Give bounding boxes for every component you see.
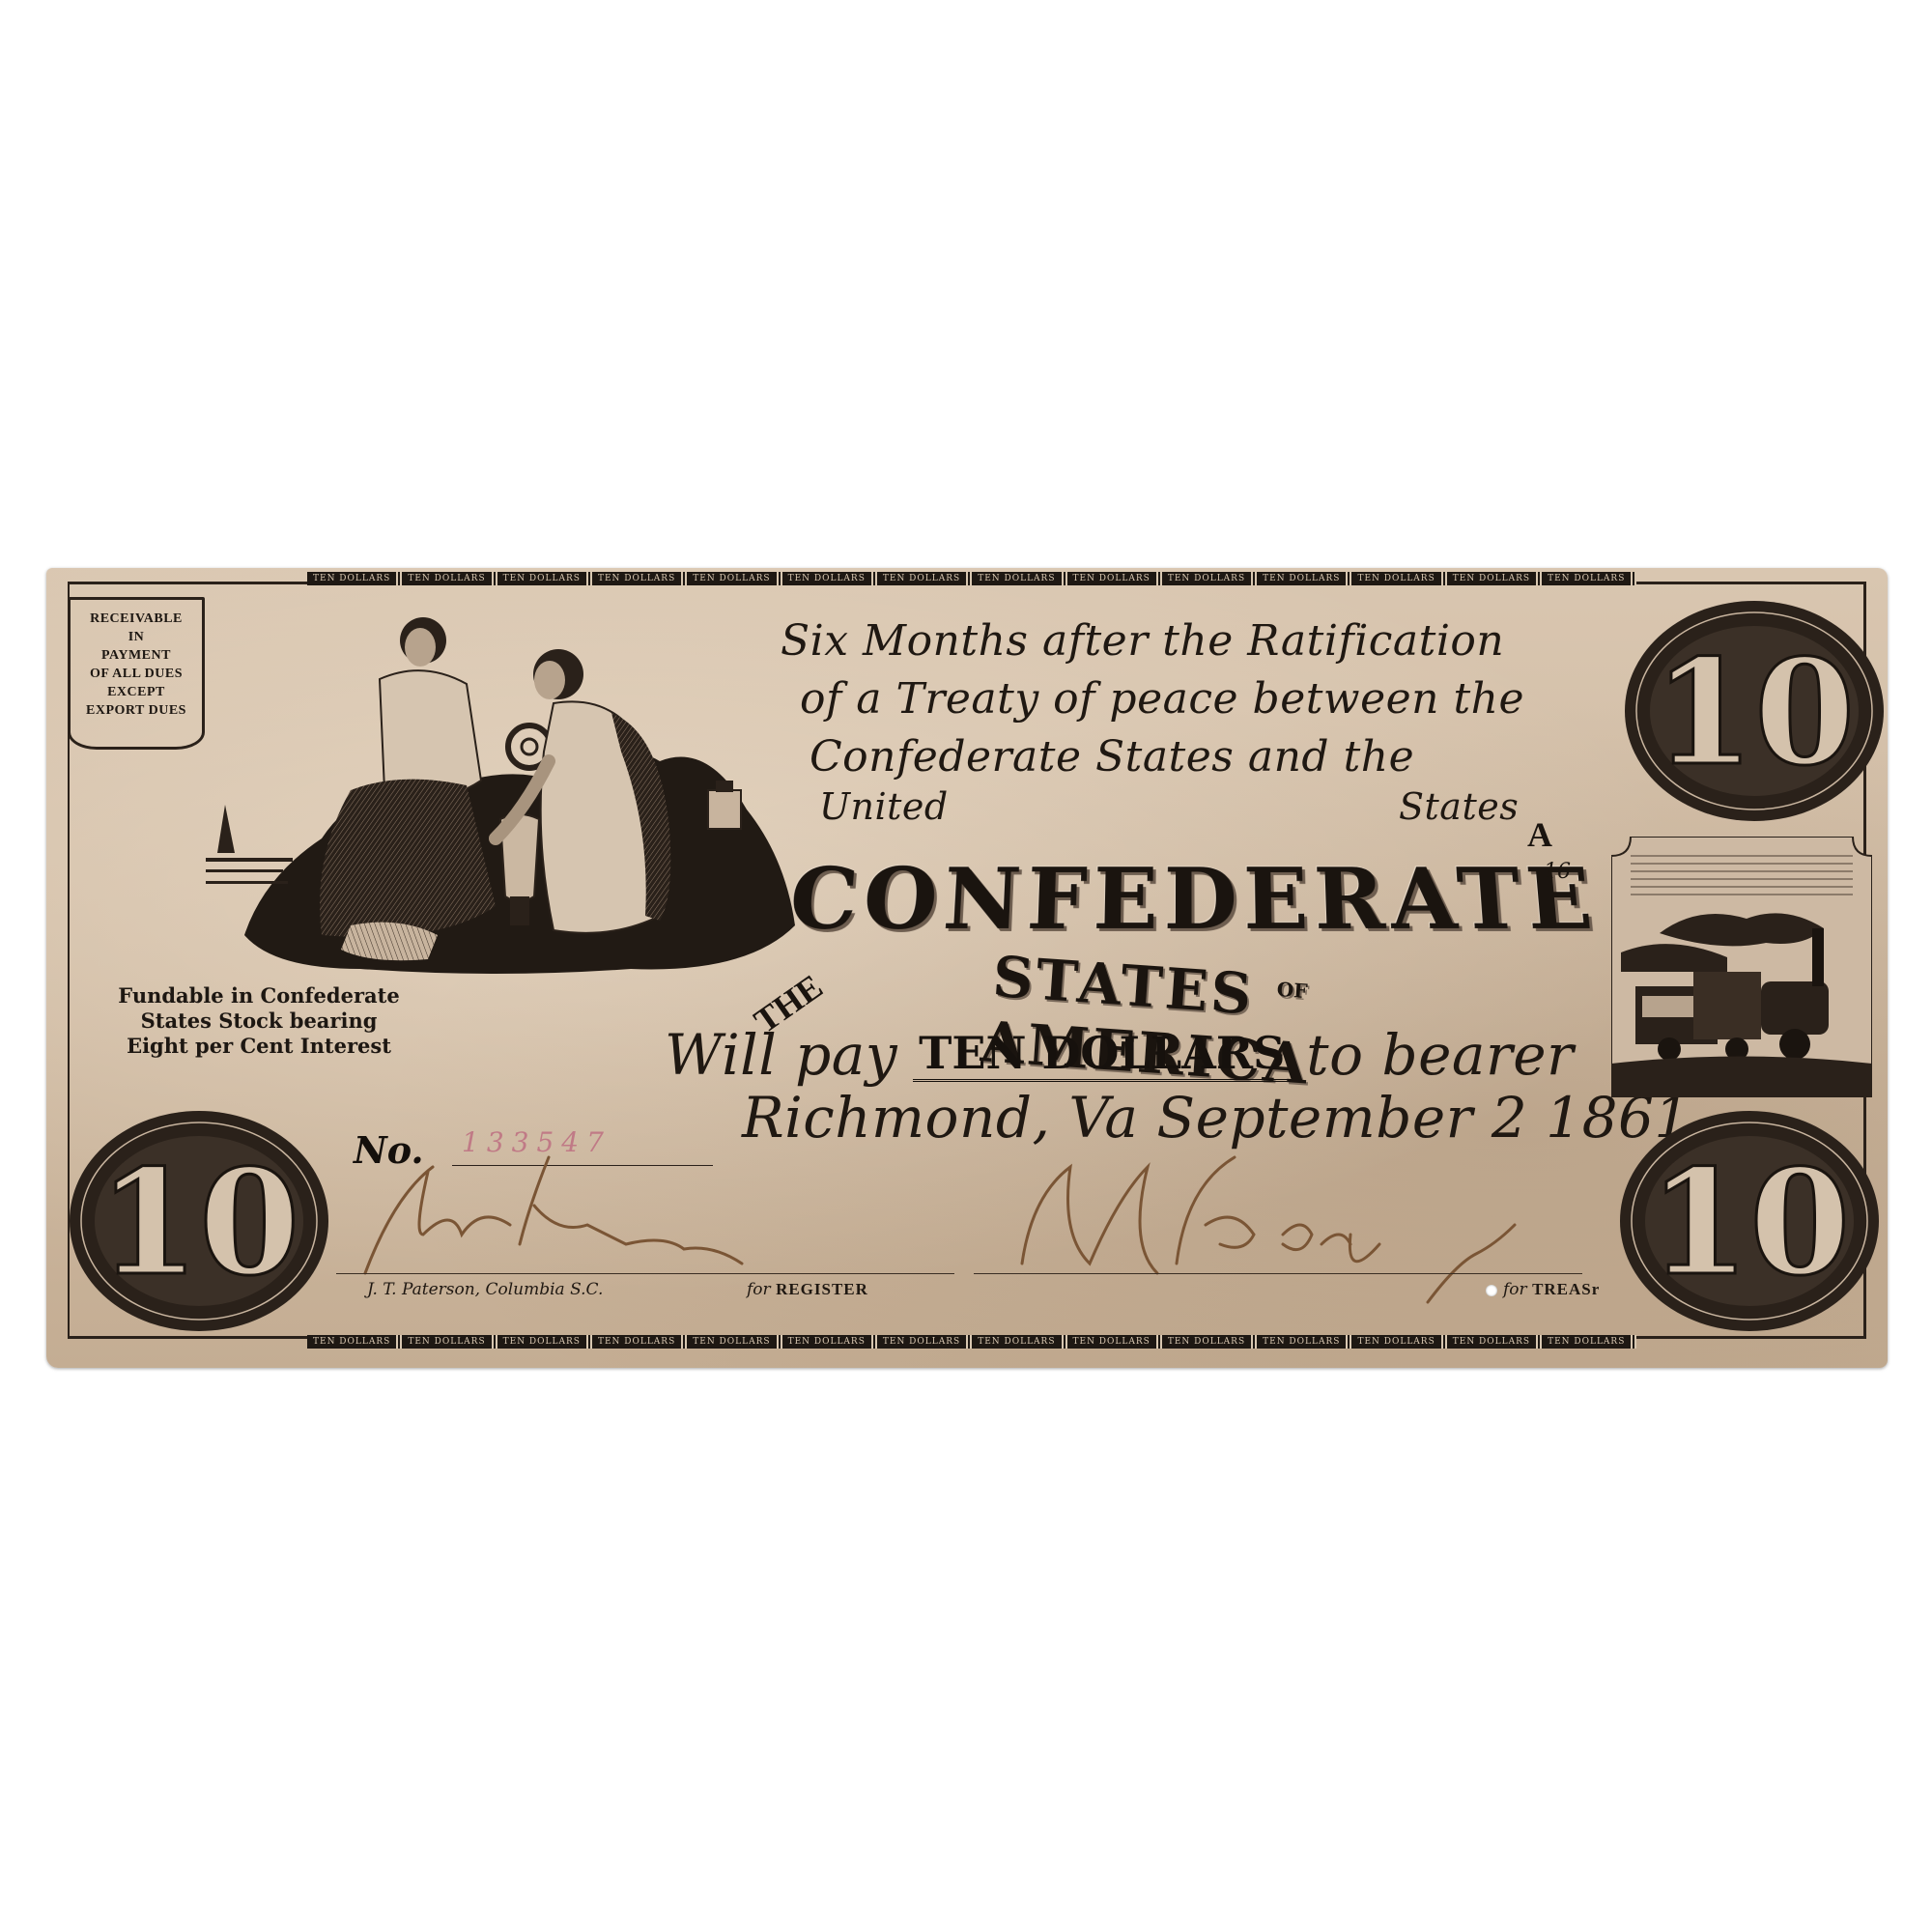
serial-number: 133547	[462, 1126, 611, 1158]
plate-number: 16	[1544, 860, 1571, 884]
treasurer-signature-line	[974, 1273, 1582, 1274]
pay-line: Will payTEN DOLLARSto bearer	[665, 1022, 1574, 1088]
title-confederate: CONFEDERATE	[785, 849, 1587, 949]
promise-line-2: of a Treaty of peace between the	[800, 674, 1524, 724]
bottom-border-strip: TEN DOLLARSTEN DOLLARSTEN DOLLARSTEN DOL…	[307, 1335, 1636, 1349]
receivable-stamp: RECEIVABLE IN PAYMENT OF ALL DUES EXCEPT…	[68, 597, 205, 750]
svg-text:10: 10	[1649, 1138, 1851, 1308]
serial-label: No.	[354, 1128, 424, 1172]
ten-medallion-bottom-right-icon: 10	[1616, 1107, 1883, 1335]
top-border-strip: TEN DOLLARSTEN DOLLARSTEN DOLLARSTEN DOL…	[307, 572, 1636, 585]
fundable-inscription: Fundable in Confederate States Stock bea…	[75, 983, 442, 1059]
ten-medallion-bottom-left-icon: 10	[66, 1107, 332, 1335]
pay-prefix: Will pay	[665, 1022, 897, 1088]
steam-train-vignette-icon	[1611, 837, 1872, 1097]
ten-medallion-top-right-icon: 10	[1621, 597, 1888, 825]
series-letter: A	[1527, 814, 1552, 855]
svg-text:10: 10	[99, 1138, 300, 1308]
punch-hole	[1486, 1285, 1497, 1296]
confederate-ten-dollar-note: TEN DOLLARSTEN DOLLARSTEN DOLLARSTEN DOL…	[46, 568, 1888, 1368]
promise-line-1: Six Months after the Ratification	[781, 616, 1504, 666]
register-signature-line	[336, 1273, 954, 1274]
denomination-text: TEN DOLLARS	[913, 1027, 1291, 1082]
promise-line-3: Confederate States and the	[810, 732, 1414, 781]
treasurer-label: for TREASr	[1503, 1280, 1600, 1299]
place-and-date: Richmond, Va September 2 1861	[742, 1085, 1690, 1151]
serial-underline	[452, 1165, 713, 1166]
pay-suffix: to bearer	[1306, 1022, 1574, 1088]
printer-imprint: J. T. Paterson, Columbia S.C.	[367, 1280, 603, 1299]
register-label: for REGISTER	[747, 1280, 868, 1299]
svg-text:10: 10	[1654, 628, 1856, 798]
allegorical-women-vignette-icon	[206, 587, 824, 983]
